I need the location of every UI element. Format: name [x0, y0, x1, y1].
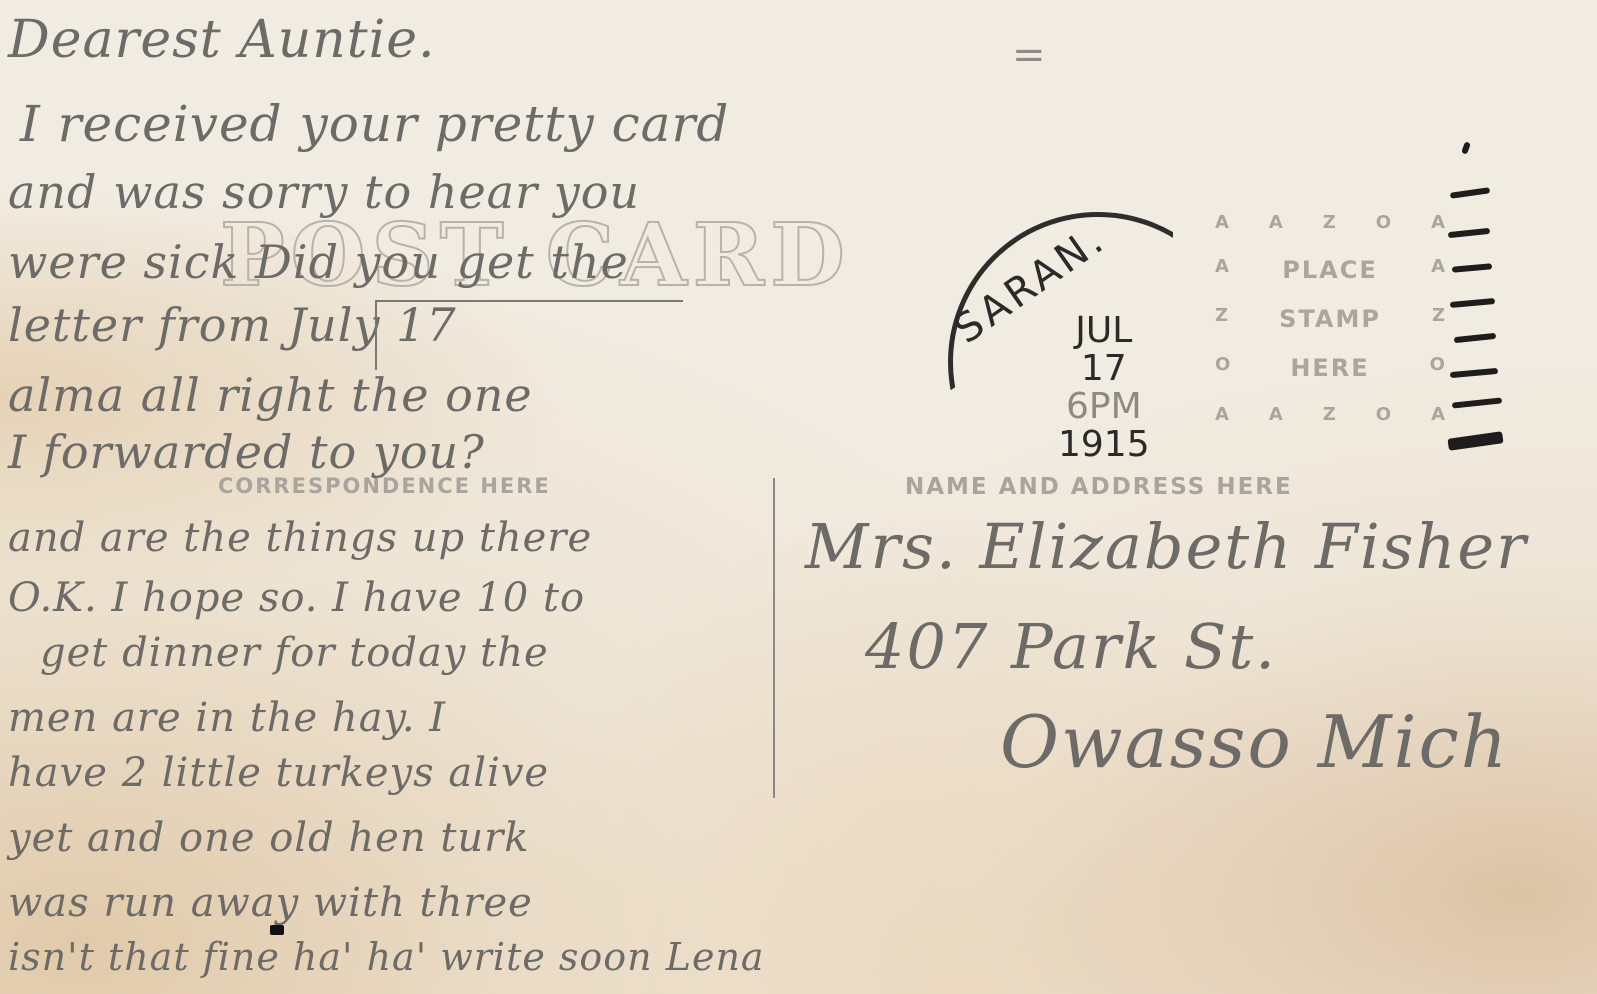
- postmark: SARAN. JUL 17 6PM 1915: [948, 212, 1248, 512]
- stamp-row-place: A PLACE A: [1215, 256, 1445, 284]
- postcard-back: POST CARD CORRESPONDENCE HERE NAME AND A…: [0, 0, 1597, 994]
- postmark-time: 6PM: [1058, 388, 1150, 426]
- message-line: yet and one old hen turk: [8, 815, 530, 861]
- address-street: 407 Park St.: [865, 610, 1277, 683]
- stamp-text-place: PLACE: [1282, 256, 1377, 284]
- message-line: I forwarded to you?: [8, 425, 485, 479]
- stamp-box: A A Z O A A PLACE A Z STAMP Z O HERE O A…: [1215, 212, 1445, 427]
- message-line: and are the things up there: [8, 515, 592, 561]
- ink-speck: [270, 925, 284, 935]
- address-city: Owasso Mich: [1000, 700, 1509, 784]
- boxed-date-outline: [375, 300, 683, 370]
- stamp-border-glyph: O: [1376, 212, 1391, 233]
- stamp-border-glyph: O: [1376, 404, 1391, 425]
- message-line: and was sorry to hear you: [8, 165, 640, 219]
- message-line: alma all right the one: [8, 368, 533, 422]
- cancellation-bars: [1440, 135, 1550, 465]
- message-line: Dearest Auntie.: [8, 10, 436, 70]
- stamp-border-top: A A Z O A: [1215, 212, 1445, 233]
- stamp-border-bottom: A A Z O A: [1215, 404, 1445, 425]
- postmark-year: 1915: [1058, 426, 1150, 464]
- message-line: was run away with three: [8, 880, 533, 926]
- corner-mark: =: [1012, 32, 1046, 78]
- message-line: isn't that fine ha' ha' write soon Lena: [8, 935, 765, 979]
- stamp-text-stamp: STAMP: [1279, 305, 1381, 333]
- stamp-text-here: HERE: [1290, 354, 1369, 382]
- message-line: O.K. I hope so. I have 10 to: [8, 575, 585, 621]
- message-line: get dinner for today the: [40, 630, 549, 676]
- address-name: Mrs. Elizabeth Fisher: [805, 510, 1528, 583]
- message-line: men are in the hay. I: [8, 695, 446, 741]
- postmark-date: JUL 17 6PM 1915: [1058, 312, 1150, 464]
- stamp-border-glyph: A: [1269, 212, 1283, 233]
- stamp-row-stamp: Z STAMP Z: [1215, 305, 1445, 333]
- message-line: were sick Did you get the: [8, 235, 629, 289]
- stamp-border-glyph: Z: [1323, 212, 1336, 233]
- postmark-month: JUL: [1058, 312, 1150, 350]
- postmark-day: 17: [1058, 350, 1150, 388]
- stamp-row-here: O HERE O: [1215, 354, 1445, 382]
- message-line: have 2 little turkeys alive: [8, 750, 549, 796]
- stamp-border-glyph: A: [1269, 404, 1283, 425]
- handwritten-message: Dearest Auntie. I received your pretty c…: [0, 0, 800, 994]
- stamp-border-glyph: Z: [1323, 404, 1336, 425]
- message-line: I received your pretty card: [20, 95, 729, 153]
